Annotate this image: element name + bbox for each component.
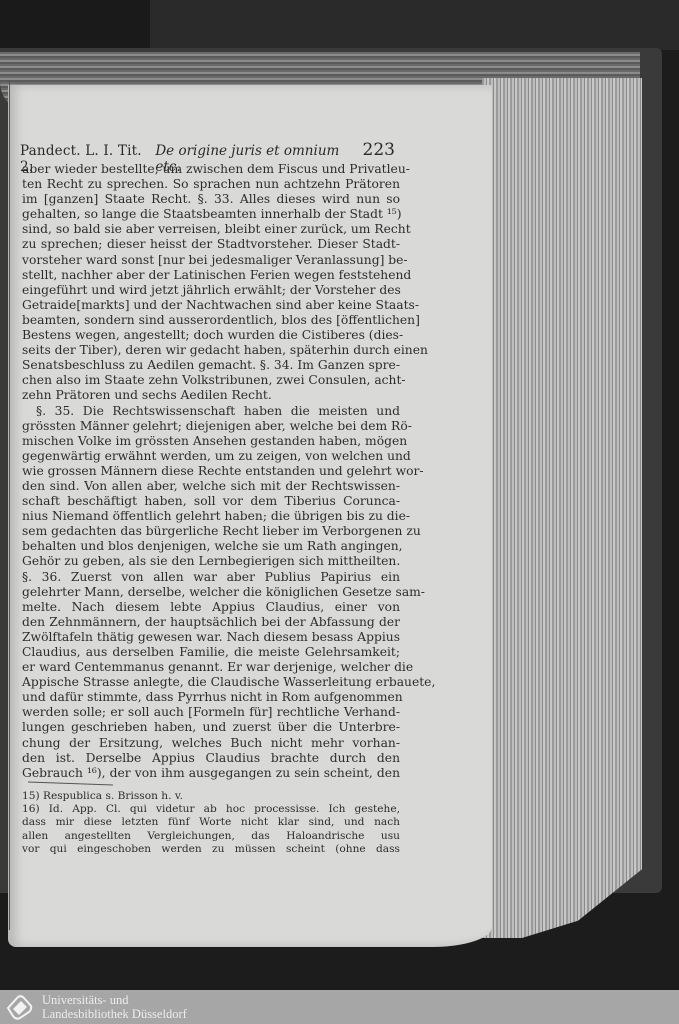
text-line: Gehör zu geben, als sie den Lernbegierig…	[22, 554, 400, 569]
text-line: sind, so bald sie aber verreisen, bleibt…	[22, 222, 400, 237]
footnote-15: 15) Respublica s. Brisson h. v.	[22, 790, 400, 803]
footnotes: 15) Respublica s. Brisson h. v. 16) Id. …	[22, 790, 400, 856]
text-line: seits der Tiber), deren wir gedacht habe…	[22, 343, 400, 358]
text-line: den Zehnmännern, der hauptsächlich bei d…	[22, 615, 400, 630]
text-line: zu sprechen; dieser heisst der Stadtvors…	[22, 237, 400, 252]
text-line: wie grossen Männern diese Rechte entstan…	[22, 464, 400, 479]
text-line: Senatsbeschluss zu Aedilen gemacht. §. 3…	[22, 358, 400, 373]
text-line: ten Recht zu sprechen. So sprachen nun a…	[22, 177, 400, 192]
institution-line-2: Landesbibliothek Düsseldorf	[42, 1007, 187, 1021]
text-line: und dafür stimmte, dass Pyrrhus nicht in…	[22, 690, 400, 705]
text-line: Bestens wegen, angestellt; doch wurden d…	[22, 328, 400, 343]
text-line: sem gedachten das bürgerliche Recht lieb…	[22, 524, 400, 539]
text-line: Getraide[markts] und der Nachtwachen sin…	[22, 298, 400, 313]
text-line: gehalten, so lange die Staatsbeamten inn…	[22, 207, 400, 222]
text-line: aber wieder bestellte, um zwischen dem F…	[22, 162, 400, 177]
text-line: §. 36. Zuerst von allen war aber Publius…	[22, 570, 400, 585]
text-line: vorsteher ward sonst [nur bei jedesmalig…	[22, 253, 400, 268]
text-line: Gebrauch ¹⁶), der von ihm ausgegangen zu…	[22, 766, 400, 781]
text-line: melte. Nach diesem lebte Appius Claudius…	[22, 600, 400, 615]
text-line: gelehrter Mann, derselbe, welcher die kö…	[22, 585, 400, 600]
text-line: gegenwärtig erwähnt werden, um zu zeigen…	[22, 449, 400, 464]
text-line: zehn Prätoren und sechs Aedilen Recht.	[22, 388, 400, 403]
text-line: Claudius, aus derselben Familie, die mei…	[22, 645, 400, 660]
text-line: behalten und blos denjenigen, welche sie…	[22, 539, 400, 554]
text-line: eingeführt und wird jetzt jährlich erwäh…	[22, 283, 400, 298]
book-fore-edge	[482, 78, 642, 938]
text-line: den sind. Von allen aber, welche sich mi…	[22, 479, 400, 494]
body-text: aber wieder bestellte, um zwischen dem F…	[22, 162, 400, 781]
text-line: den ist. Derselbe Appius Claudius bracht…	[22, 751, 400, 766]
background-top-right	[150, 0, 679, 50]
text-line: chung der Ersitzung, welches Buch nicht …	[22, 736, 400, 751]
text-line: er ward Centemmanus genannt. Er war derj…	[22, 660, 400, 675]
library-footer-bar: Universitäts- und Landesbibliothek Düsse…	[0, 990, 679, 1024]
text-line: im [ganzen] Staate Recht. §. 33. Alles d…	[22, 192, 400, 207]
text-line: mischen Volke im grössten Ansehen gestan…	[22, 434, 400, 449]
background-top-left	[0, 0, 150, 50]
institution-line-1: Universitäts- und	[42, 993, 187, 1007]
page-gutter-line	[9, 80, 10, 930]
text-line: schaft beschäftigt haben, soll vor dem T…	[22, 494, 400, 509]
text-line: §. 35. Die Rechtswissenschaft haben die …	[22, 404, 400, 419]
footnote-line: dass mir diese letzten fünf Worte nicht …	[22, 816, 400, 829]
text-line: werden solle; er soll auch [Formeln für]…	[22, 705, 400, 720]
text-line: nius Niemand öffentlich gelehrt haben; d…	[22, 509, 400, 524]
text-line: Zwölftafeln thätig gewesen war. Nach die…	[22, 630, 400, 645]
footnote-line: allen angestellten Vergleichungen, das H…	[22, 830, 400, 843]
footnote-line: vor qui eingeschoben werden zu müssen sc…	[22, 843, 400, 856]
text-line: beamten, sondern sind ausserordentlich, …	[22, 313, 400, 328]
text-line: stellt, nachher aber der Latinischen Fer…	[22, 268, 400, 283]
institution-name: Universitäts- und Landesbibliothek Düsse…	[42, 993, 187, 1021]
book-logo-icon	[4, 994, 34, 1020]
page-number: 223	[363, 140, 395, 160]
text-line: chen also im Staate zehn Volkstribunen, …	[22, 373, 400, 388]
text-line: grössten Männer gelehrt; diejenigen aber…	[22, 419, 400, 434]
footnote-16: 16) Id. App. Cl. qui videtur ab hoc proc…	[22, 803, 400, 816]
text-line: lungen geschrieben haben, und zuerst übe…	[22, 720, 400, 735]
text-line: Appische Strasse anlegte, die Claudische…	[22, 675, 400, 690]
